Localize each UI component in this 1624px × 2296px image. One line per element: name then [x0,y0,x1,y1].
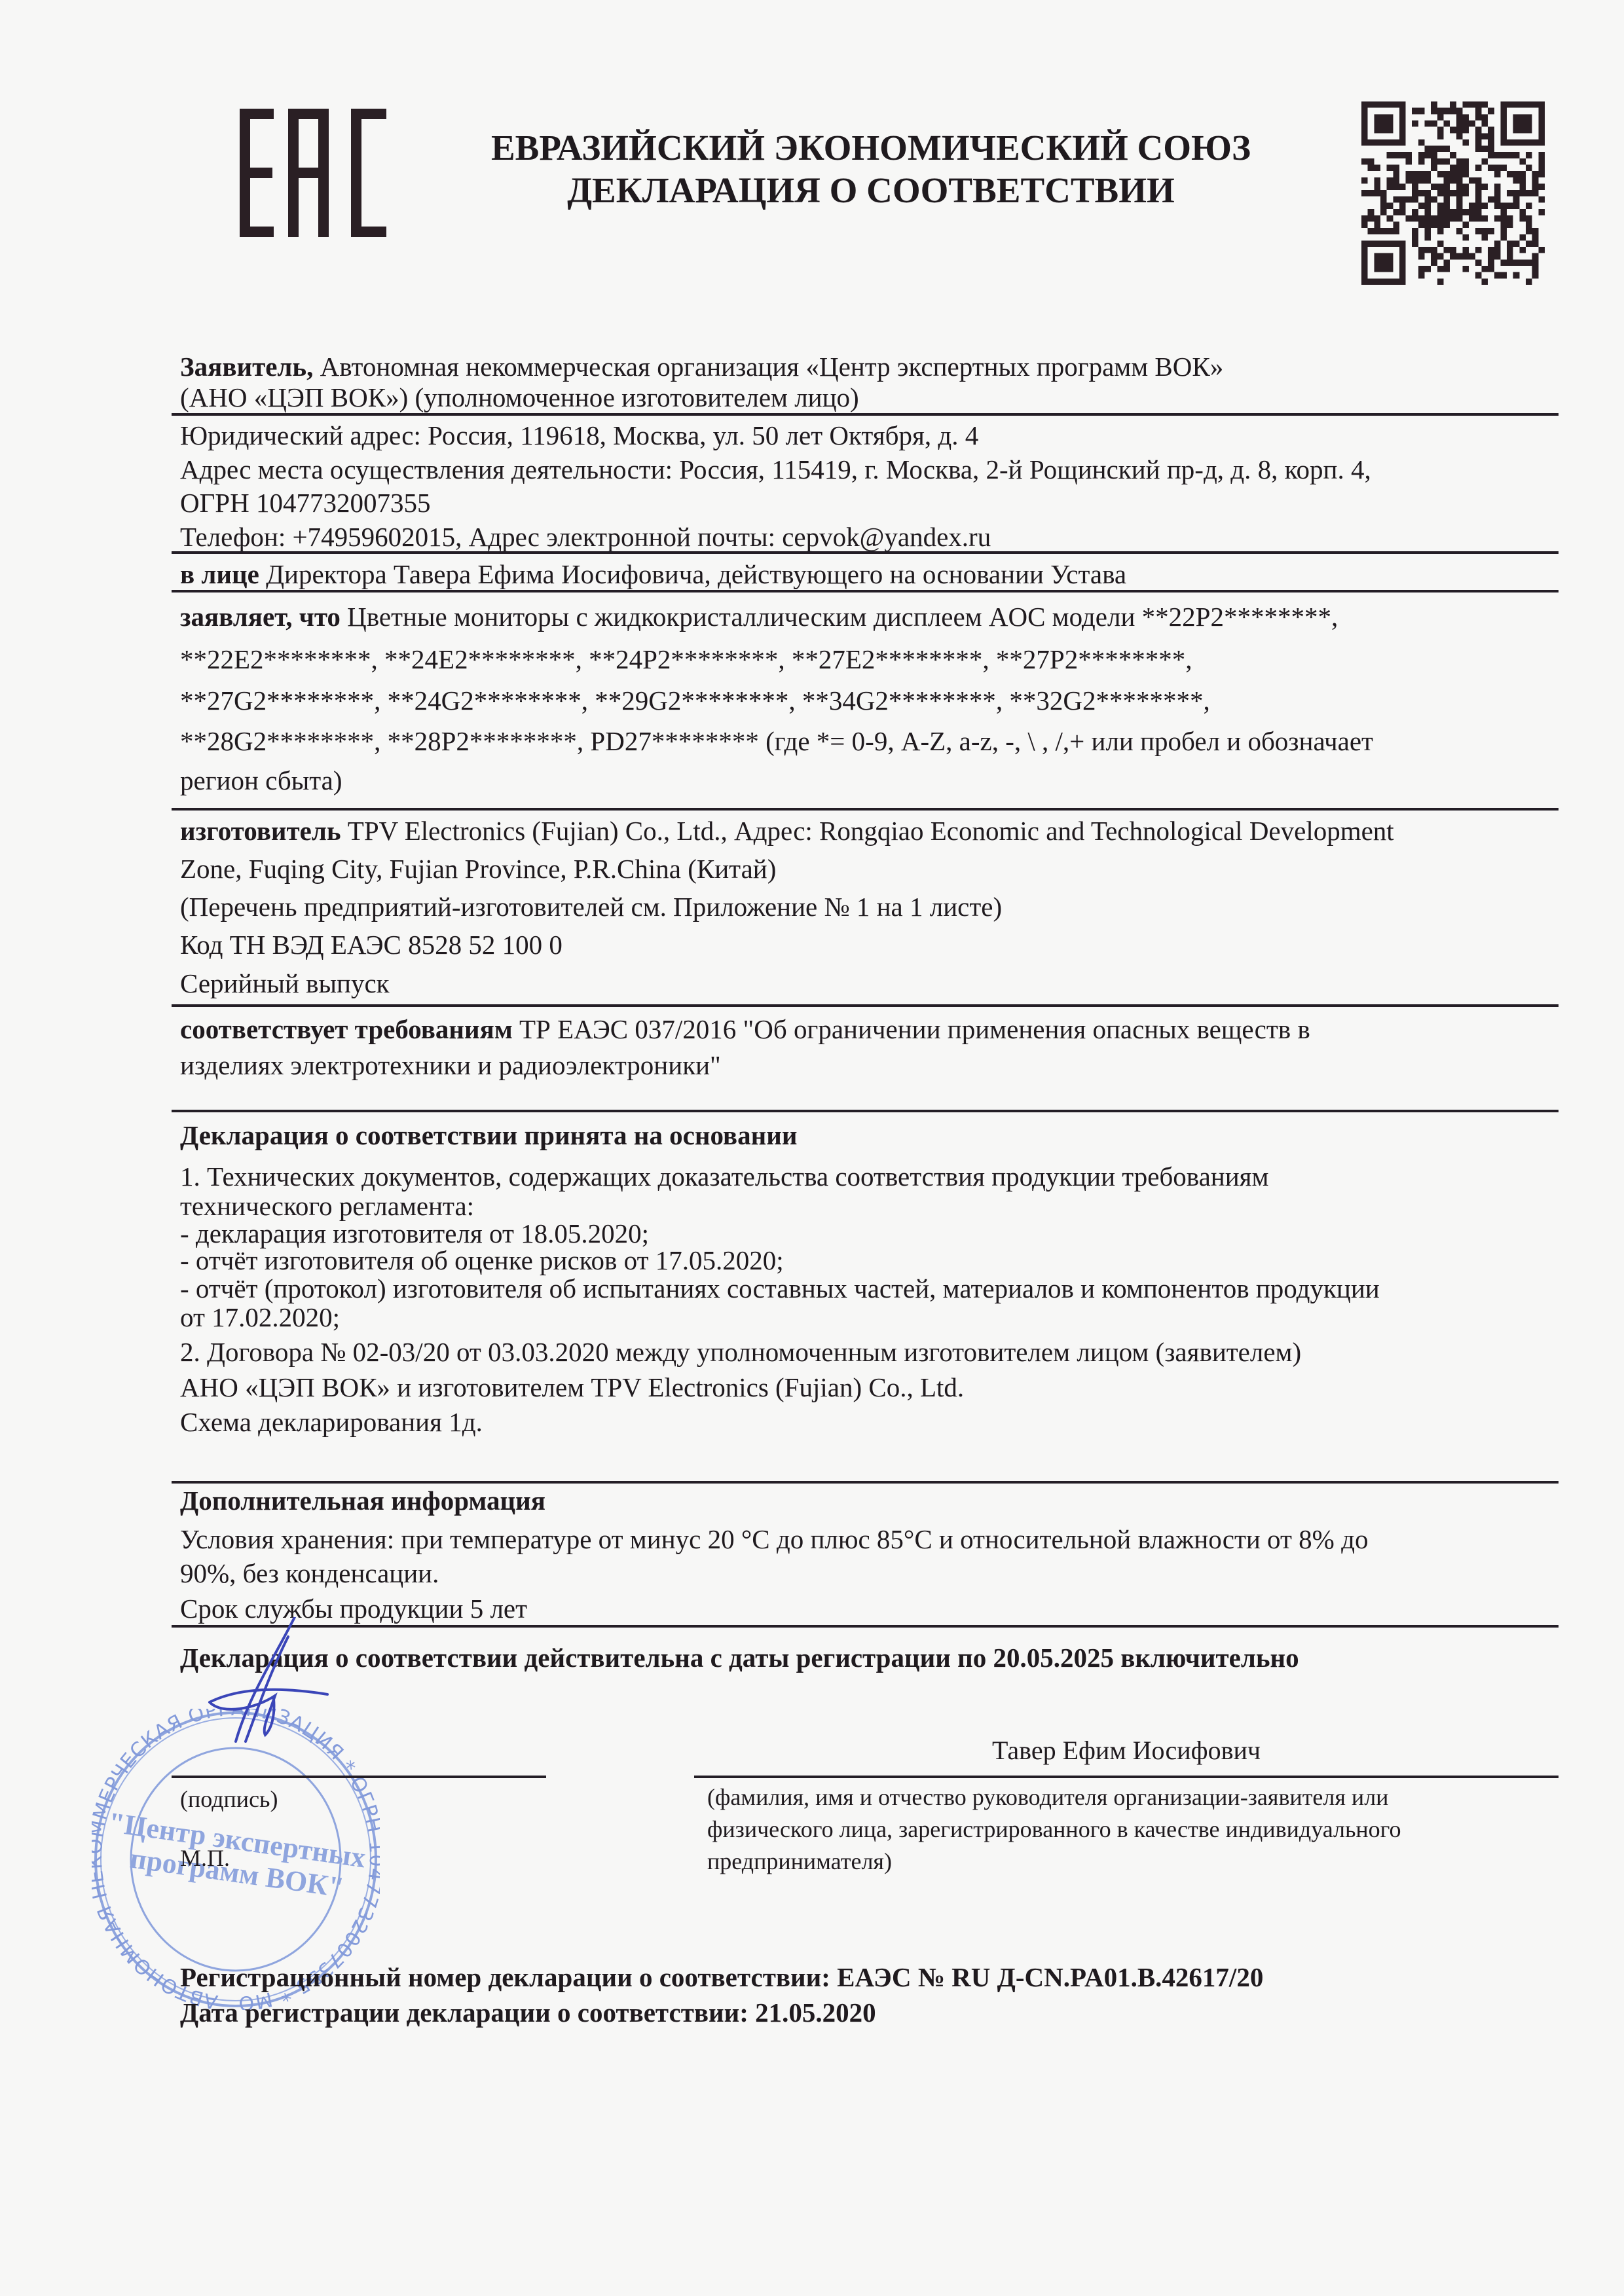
legal-address: Юридический адрес: Россия, 119618, Москв… [180,422,978,449]
manufacturer-name: TPV Electronics (Fujian) Co., Ltd., Адре… [341,816,1394,846]
divider [172,808,1559,811]
signature-line [172,1776,546,1778]
seal-caption: М.П. [180,1844,230,1872]
applicant-label: Заявитель, [180,352,313,382]
manufacturer-line-3: (Перечень предприятий-изготовителей см. … [180,894,1002,920]
represented-by: в лице Директора Тавера Ефима Иосифовича… [180,561,1126,588]
applicant-line-1: Заявитель, Автономная некоммерческая орг… [180,354,1223,380]
models-line-4: **28G2********, **28P2********, PD27****… [180,728,1373,755]
basis-item: - декларация изготовителя от 18.05.2020; [180,1220,649,1247]
production-type: Серийный выпуск [180,970,390,997]
signer-name: Тавер Ефим Иосифович [694,1735,1559,1766]
divider [172,1110,1559,1112]
basis-item: 1. Технических документов, содержащих до… [180,1163,1268,1190]
applicant-name: Автономная некоммерческая организация «Ц… [313,352,1223,382]
registration-date: Дата регистрации декларации о соответств… [180,1999,876,2026]
declares-line-1: заявляет, что Цветные мониторы с жидкокр… [180,604,1338,630]
document-title: ДЕКЛАРАЦИЯ О СООТВЕТСТВИИ [445,172,1297,208]
models-line-3: **27G2********, **24G2********, **29G2**… [180,687,1210,714]
divider [172,590,1559,592]
basis-heading: Декларация о соответствии принята на осн… [180,1122,797,1149]
basis-item: Схема декларирования 1д. [180,1409,483,1436]
basis-item: от 17.02.2020; [180,1304,340,1331]
manufacturer-label: изготовитель [180,816,341,846]
basis-item: технического регламента: [180,1193,474,1220]
technical-regulation: ТР ЕАЭС 037/2016 "Об ограничении примене… [513,1014,1310,1044]
name-caption-line: физического лица, зарегистрированного в … [707,1817,1401,1841]
basis-item: 2. Договора № 02-03/20 от 03.03.2020 меж… [180,1339,1301,1366]
registration-number: Регистрационный номер декларации о соотв… [180,1964,1263,1991]
conformity-line-2: изделиях электротехники и радиоэлектрони… [180,1052,721,1079]
models-line-5: регион сбыта) [180,767,342,794]
basis-item: АНО «ЦЭП ВОК» и изготовителем TPV Electr… [180,1374,964,1401]
ogrn: ОГРН 1047732007355 [180,490,430,517]
applicant-line-2: (АНО «ЦЭП ВОК») (уполномоченное изготови… [180,384,859,411]
name-line [694,1776,1559,1778]
eac-logo [240,109,386,237]
contacts: Телефон: +74959602015, Адрес электронной… [180,524,991,551]
manufacturer-line-2: Zone, Fuqing City, Fujian Province, P.R.… [180,856,776,883]
models-line-2: **22E2********, **24E2********, **24P2**… [180,646,1192,673]
conformity-label: соответствует требованиям [180,1014,513,1044]
divider [172,1625,1559,1628]
conformity-line-1: соответствует требованиям ТР ЕАЭС 037/20… [180,1016,1310,1043]
divider [172,1481,1559,1484]
handwritten-signature [196,1617,367,1748]
divider [172,413,1559,416]
qr-code-icon [1361,101,1545,285]
represented-by-text: Директора Тавера Ефима Иосифовича, дейст… [259,559,1126,589]
hs-code: Код ТН ВЭД ЕАЭС 8528 52 100 0 [180,932,563,958]
basis-item: - отчёт изготовителя об оценке рисков от… [180,1247,784,1274]
activity-address: Адрес места осуществления деятельности: … [180,456,1371,483]
divider [172,551,1559,554]
name-caption-line: предпринимателя) [707,1850,892,1873]
manufacturer-line-1: изготовитель TPV Electronics (Fujian) Co… [180,818,1394,845]
additional-item: 90%, без конденсации. [180,1560,439,1587]
divider [172,1004,1559,1007]
signature-caption: (подпись) [180,1785,278,1813]
basis-item: - отчёт (протокол) изготовителя об испыт… [180,1275,1380,1302]
product-description: Цветные мониторы с жидкокристаллическим … [341,602,1338,632]
name-caption-line: (фамилия, имя и отчество руководителя ор… [707,1785,1388,1809]
additional-item: Условия хранения: при температуре от мин… [180,1526,1368,1553]
represented-by-label: в лице [180,559,259,589]
union-title: ЕВРАЗИЙСКИЙ ЭКОНОМИЧЕСКИЙ СОЮЗ [445,130,1297,166]
declares-label: заявляет, что [180,602,341,632]
additional-heading: Дополнительная информация [180,1487,545,1514]
